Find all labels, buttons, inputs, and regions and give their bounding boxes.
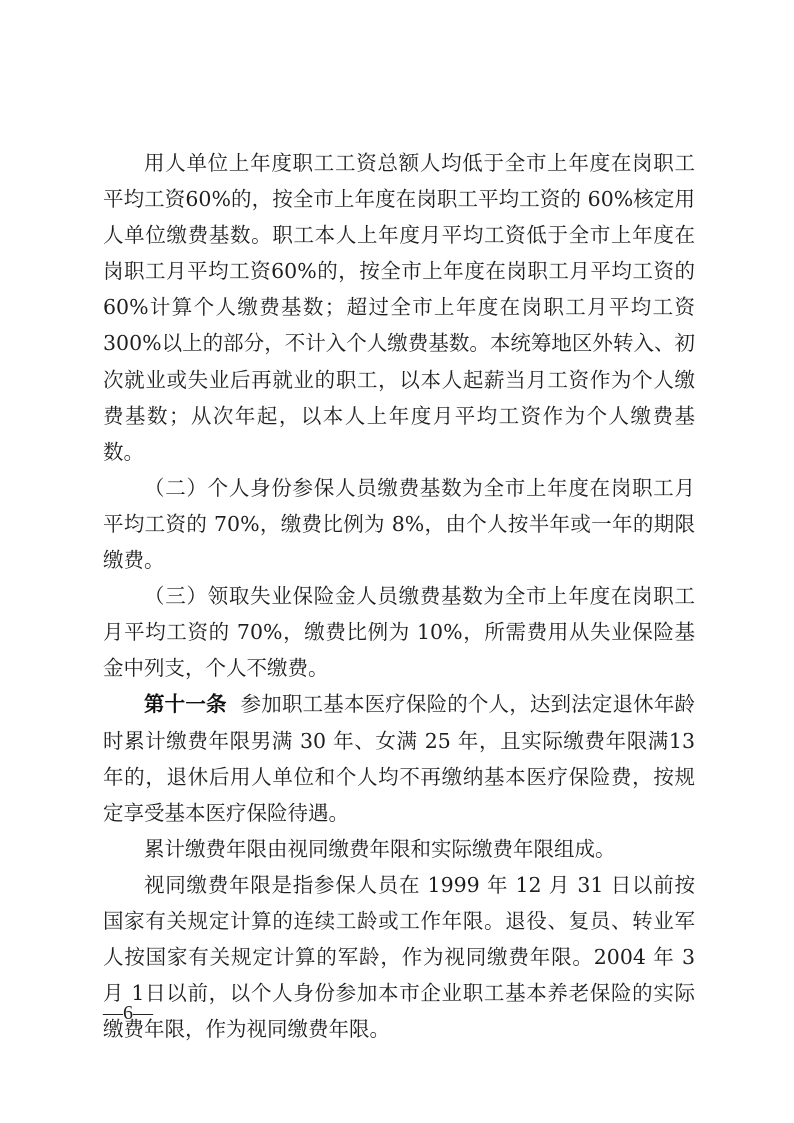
paragraph-deemed-years: 视同缴费年限是指参保人员在 1999 年 12 月 31 日以前按国家有关规定计… [103, 867, 695, 1047]
paragraph-item-3-unemployment: （三）领取失业保险金人员缴费基数为全市上年度在岗职工月平均工资的 70%，缴费比… [103, 578, 695, 686]
body-text: 用人单位上年度职工工资总额人均低于全市上年度在岗职工平均工资60%的，按全市上年… [103, 145, 695, 1047]
page-number: —6— [103, 1002, 153, 1025]
paragraph-contribution-base: 用人单位上年度职工工资总额人均低于全市上年度在岗职工平均工资60%的，按全市上年… [103, 145, 695, 470]
article-heading: 第十一条 [144, 692, 227, 716]
paragraph-article-11: 第十一条参加职工基本医疗保险的个人，达到法定退休年龄时累计缴费年限男满 30 年… [103, 686, 695, 830]
paragraph-item-2-individual: （二）个人身份参保人员缴费基数为全市上年度在岗职工月平均工资的 70%，缴费比例… [103, 470, 695, 578]
paragraph-cumulative-years: 累计缴费年限由视同缴费年限和实际缴费年限组成。 [103, 831, 695, 867]
document-page: 用人单位上年度职工工资总额人均低于全市上年度在岗职工平均工资60%的，按全市上年… [0, 0, 794, 1123]
